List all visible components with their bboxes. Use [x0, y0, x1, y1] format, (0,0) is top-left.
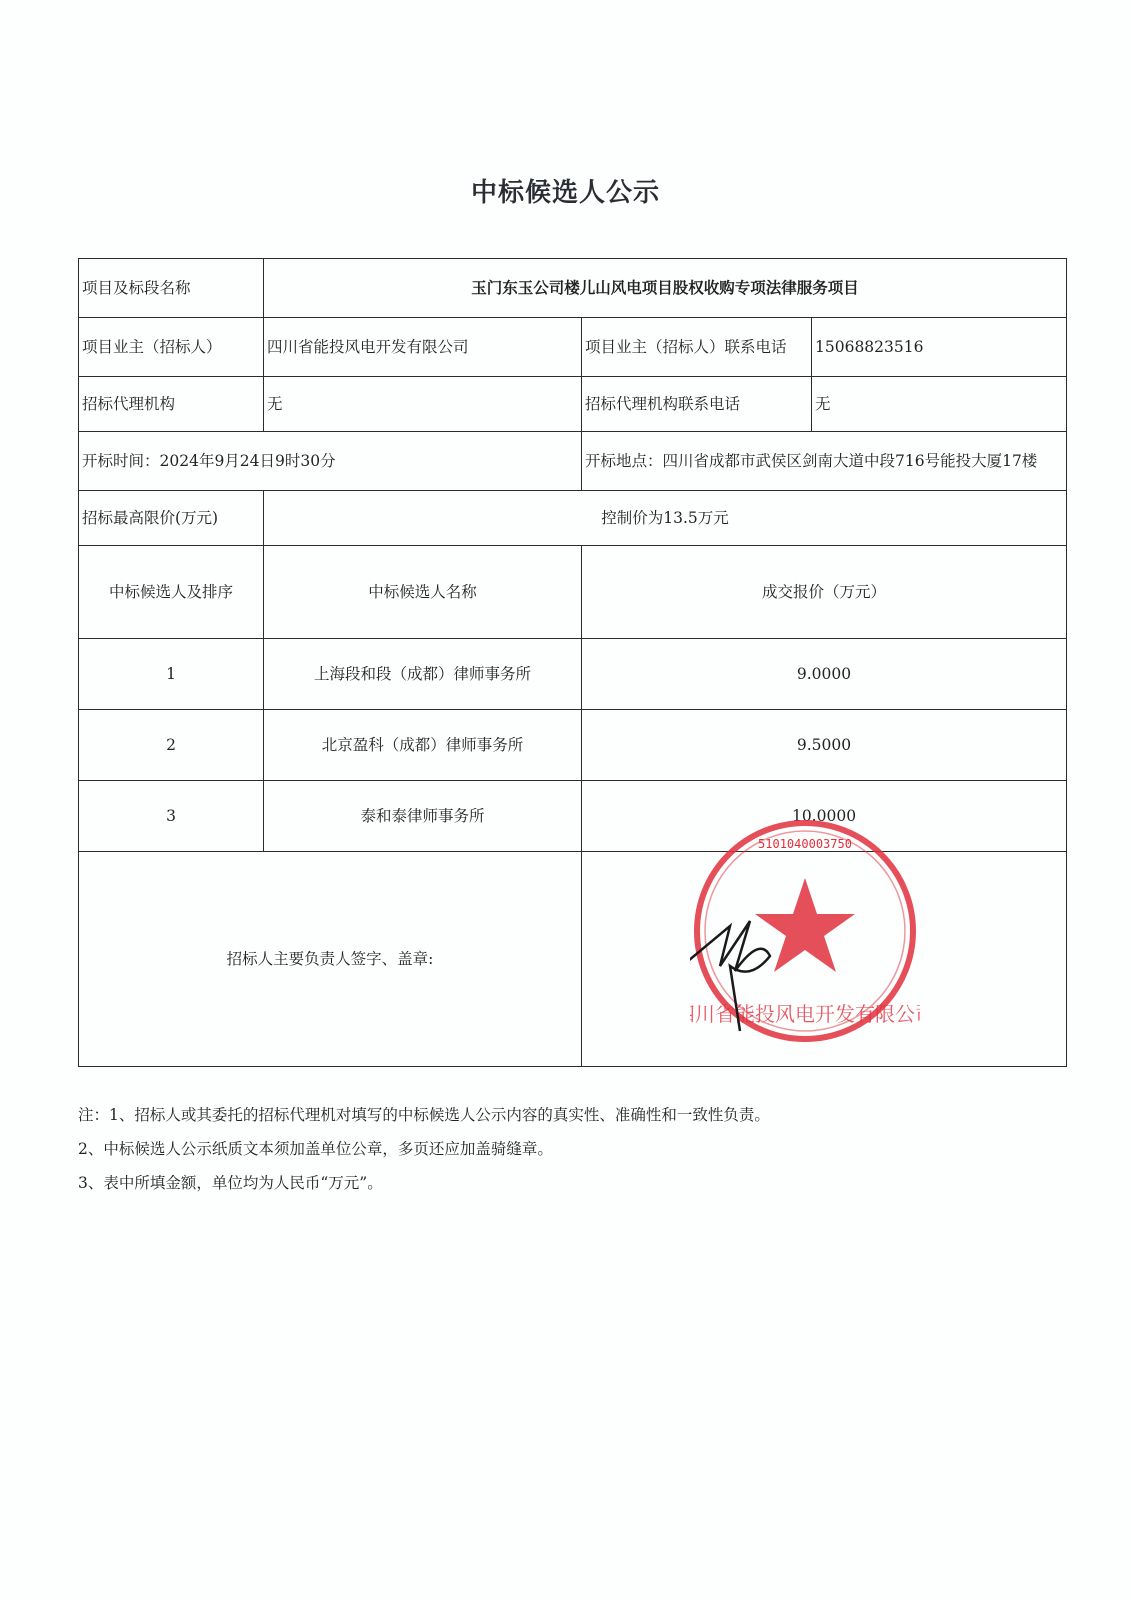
- note-item: 2、中标候选人公示纸质文本须加盖单位公章，多页还应加盖骑缝章。: [78, 1132, 770, 1166]
- table-row: 项目业主（招标人） 四川省能投风电开发有限公司 项目业主（招标人）联系电话 15…: [79, 318, 1067, 377]
- table-row: 招标最高限价(万元) 控制价为13.5万元: [79, 491, 1067, 546]
- table-row: 1 上海段和段（成都）律师事务所 9.0000: [79, 639, 1067, 710]
- candidate-rank: 3: [79, 781, 264, 852]
- column-header-name: 中标候选人名称: [264, 546, 582, 639]
- table-row: 项目及标段名称 玉门东玉公司楼儿山风电项目股权收购专项法律服务项目: [79, 259, 1067, 318]
- owner-value: 四川省能投风电开发有限公司: [264, 318, 582, 377]
- candidate-name: 泰和泰律师事务所: [264, 781, 582, 852]
- owner-phone-value: 15068823516: [812, 318, 1067, 377]
- signature-cell: 5101040003750 四川省能投风电开发有限公司: [582, 852, 1067, 1067]
- candidate-price: 9.0000: [582, 639, 1067, 710]
- candidate-name: 北京盈科（成都）律师事务所: [264, 710, 582, 781]
- max-price-label: 招标最高限价(万元): [79, 491, 264, 546]
- agency-phone-label: 招标代理机构联系电话: [582, 377, 812, 432]
- agency-value: 无: [264, 377, 582, 432]
- table-row: 2 北京盈科（成都）律师事务所 9.5000: [79, 710, 1067, 781]
- table-row: 3 泰和泰律师事务所 10.0000: [79, 781, 1067, 852]
- notes-section: 注：1、招标人或其委托的招标代理机对填写的中标候选人公示内容的真实性、准确性和一…: [78, 1098, 770, 1200]
- agency-label: 招标代理机构: [79, 377, 264, 432]
- candidate-notice-table: 项目及标段名称 玉门东玉公司楼儿山风电项目股权收购专项法律服务项目 项目业主（招…: [78, 258, 1067, 1067]
- owner-phone-label: 项目业主（招标人）联系电话: [582, 318, 812, 377]
- column-header-price: 成交报价（万元）: [582, 546, 1067, 639]
- note-item: 3、表中所填金额，单位均为人民币“万元”。: [78, 1166, 770, 1200]
- opening-place: 开标地点：四川省成都市武侯区剑南大道中段716号能投大厦17楼: [582, 432, 1067, 491]
- note-item: 注：1、招标人或其委托的招标代理机对填写的中标候选人公示内容的真实性、准确性和一…: [78, 1098, 770, 1132]
- table-row: 招标代理机构 无 招标代理机构联系电话 无: [79, 377, 1067, 432]
- column-header-rank: 中标候选人及排序: [79, 546, 264, 639]
- page-title: 中标候选人公示: [0, 172, 1131, 209]
- signature-label: 招标人主要负责人签字、盖章:: [79, 852, 582, 1067]
- project-name: 玉门东玉公司楼儿山风电项目股权收购专项法律服务项目: [264, 259, 1067, 318]
- seal-text: 四川省能投风电开发有限公司: [690, 1002, 920, 1026]
- candidate-rank: 2: [79, 710, 264, 781]
- agency-phone-value: 无: [812, 377, 1067, 432]
- signature-row: 招标人主要负责人签字、盖章: 5101040003750 四川省能投风电开发有限…: [79, 852, 1067, 1067]
- candidate-price: 10.0000: [582, 781, 1067, 852]
- table-row: 开标时间：2024年9月24日9时30分 开标地点：四川省成都市武侯区剑南大道中…: [79, 432, 1067, 491]
- owner-label: 项目业主（招标人）: [79, 318, 264, 377]
- candidate-rank: 1: [79, 639, 264, 710]
- table-header-row: 中标候选人及排序 中标候选人名称 成交报价（万元）: [79, 546, 1067, 639]
- project-name-label: 项目及标段名称: [79, 259, 264, 318]
- opening-time: 开标时间：2024年9月24日9时30分: [79, 432, 582, 491]
- max-price-value: 控制价为13.5万元: [264, 491, 1067, 546]
- candidate-name: 上海段和段（成都）律师事务所: [264, 639, 582, 710]
- signature-scribble-icon: [690, 921, 770, 1031]
- candidate-price: 9.5000: [582, 710, 1067, 781]
